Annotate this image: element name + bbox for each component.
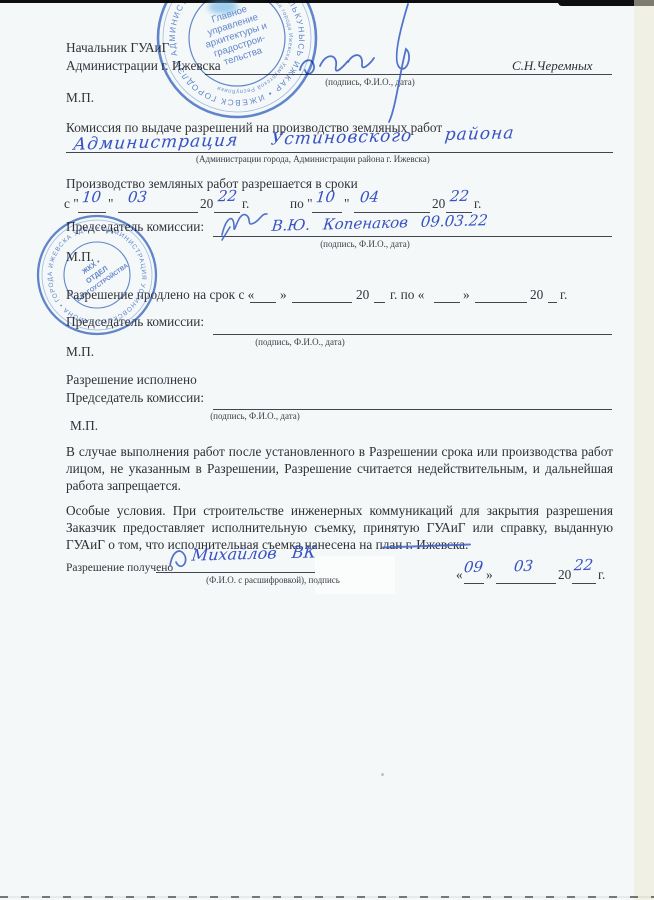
period-to-month-value: 04 xyxy=(359,188,380,206)
strikethrough-text: Ижевска. xyxy=(416,537,468,552)
period-from-day-value: 10 xyxy=(81,188,102,206)
prolong-part7: г. xyxy=(560,287,567,303)
period-to-year-value: 22 xyxy=(449,187,470,205)
legal-paragraph-invalid: В случае выполнения работ после установл… xyxy=(66,443,613,494)
stamp-ink-smudge xyxy=(208,0,238,14)
chairman-line-2 xyxy=(213,312,612,335)
period-to-year-suffix: г. xyxy=(474,196,481,212)
prolong-blank-day1 xyxy=(250,287,276,303)
signature-stroke xyxy=(389,4,409,122)
chairman-line-3 xyxy=(213,388,612,410)
legal-special-main: Особые условия. При строительстве инжене… xyxy=(66,503,613,552)
received-caption: (Ф.И.О. с расшифровкой), подпись xyxy=(168,575,378,585)
period-from-month-value: 03 xyxy=(127,188,148,206)
prolong-part4: г. по « xyxy=(390,287,424,303)
prolong-part3: 20 xyxy=(356,287,369,303)
stamp-center-text: Главное управление архитектуры и градост… xyxy=(197,0,275,72)
chairman-caption-3: (подпись, Ф.И.О., дата) xyxy=(180,411,330,421)
scan-speck xyxy=(381,773,384,776)
prolong-part2: » xyxy=(280,287,287,303)
prolong-part1: Разрешение продлено на срок с « xyxy=(66,287,254,303)
stamp-place-label-4: М.П. xyxy=(70,418,98,434)
stamp-place-label-1: М.П. xyxy=(66,90,94,106)
period-from-year-value: 22 xyxy=(217,187,238,205)
period-to-century: 20 xyxy=(432,196,445,212)
period-to-quote: " xyxy=(344,196,349,212)
period-from-century: 20 xyxy=(200,196,213,212)
received-date-century: 20 xyxy=(558,567,571,583)
chairman-caption-1: (подпись, Ф.И.О., дата) xyxy=(295,239,435,249)
prolong-blank-month2 xyxy=(475,287,527,303)
legal-paragraph-special: Особые условия. При строительстве инжене… xyxy=(66,502,613,553)
received-date-day: 09 xyxy=(463,558,484,576)
commission-caption: (Администрации города, Администрации рай… xyxy=(196,154,428,164)
chairman-label-2: Председатель комиссии: xyxy=(66,314,204,330)
period-intro: Производство земляных работ разрешается … xyxy=(66,176,358,192)
received-date-month: 03 xyxy=(513,557,534,575)
prolong-blank-month1 xyxy=(292,287,352,303)
signature-chairman xyxy=(216,209,271,241)
prolong-part6: 20 xyxy=(530,287,543,303)
received-date-year-suffix: г. xyxy=(598,567,605,583)
prolong-blank-year2 xyxy=(548,287,557,303)
round-stamp-guaig: • УДМУРТ ЭЛЬКУНЫСЬ ИЖКАР • ИЖЕВСК ГОРОДЛ… xyxy=(145,0,329,130)
stamp-place-label-3: М.П. xyxy=(66,344,94,360)
received-date-close-quote: » xyxy=(486,567,493,583)
period-to-day-value: 10 xyxy=(315,188,336,206)
received-handwritten-name: Михайлов ВК xyxy=(191,542,317,564)
chairman-caption-2: (подпись, Ф.И.О., дата) xyxy=(225,337,375,347)
scan-edge-bottom xyxy=(0,896,654,898)
received-date-open-quote: « xyxy=(456,567,463,583)
executed-title: Разрешение исполнено xyxy=(66,372,197,388)
prolong-blank-day2 xyxy=(434,287,460,303)
prolong-blank-year1 xyxy=(374,287,385,303)
prolong-part5: » xyxy=(463,287,470,303)
header-signer-name: С.Н.Черемных xyxy=(512,58,593,74)
scanned-permit-document: Начальник ГУАиГ Администрации г. Ижевска… xyxy=(0,0,654,900)
received-date-year: 22 xyxy=(573,556,594,574)
chairman-label-3: Председатель комиссии: xyxy=(66,390,204,406)
period-to-prefix: по " xyxy=(290,196,313,212)
signature-stroke xyxy=(348,55,374,67)
scan-edge-right-strip xyxy=(634,0,654,900)
